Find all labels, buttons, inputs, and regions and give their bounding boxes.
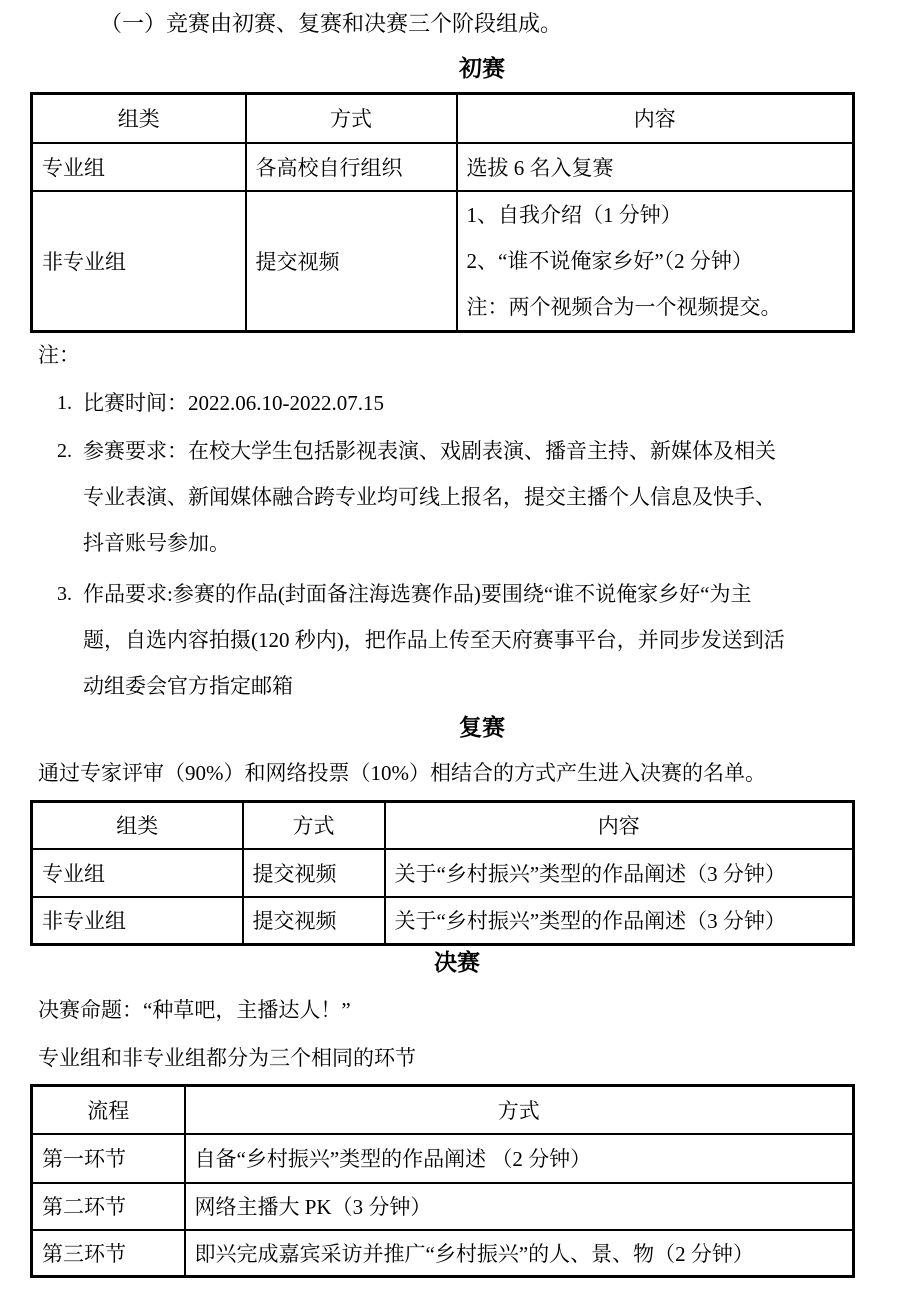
header-cell-group: 组类 bbox=[32, 802, 243, 849]
cell-method: 网络主播大 PK（3 分钟） bbox=[185, 1183, 854, 1230]
table-row: 非专业组 提交视频 1、自我介绍（1 分钟） 2、“谁不说俺家乡好”（2 分钟）… bbox=[32, 191, 854, 332]
header-cell-content: 内容 bbox=[385, 802, 854, 849]
cell-group: 专业组 bbox=[32, 143, 246, 191]
header-cell-group: 组类 bbox=[32, 94, 246, 143]
cell-group: 非专业组 bbox=[32, 897, 243, 945]
preliminary-heading: 初赛 bbox=[42, 54, 922, 84]
note-number: 2. bbox=[57, 428, 83, 474]
note-text: 作品要求:参赛的作品(封面备注海选赛作品)要围绕“谁不说俺家乡好“为主 题，自选… bbox=[83, 571, 785, 709]
cell-content-lines: 1、自我介绍（1 分钟） 2、“谁不说俺家乡好”（2 分钟） 注：两个视频合为一… bbox=[467, 192, 849, 330]
final-topic: 决赛命题：“种草吧，主播达人！” bbox=[38, 998, 351, 1022]
final-heading: 决赛 bbox=[0, 948, 922, 978]
cell-method: 自备“乡村振兴”类型的作品阐述 （2 分钟） bbox=[185, 1134, 854, 1183]
cell-method: 提交视频 bbox=[243, 897, 385, 945]
header-cell-method: 方式 bbox=[243, 802, 385, 849]
document-page: { "document": { "intro": "（一）竞赛由初赛、复赛和决赛… bbox=[0, 0, 922, 1310]
note-line: 动组委会官方指定邮箱 bbox=[83, 663, 785, 709]
note-line: 专业表演、新闻媒体融合跨专业均可线上报名，提交主播个人信息及快手、 bbox=[83, 474, 776, 520]
cell-content: 选拔 6 名入复赛 bbox=[457, 143, 854, 191]
note-line: 题，自选内容拍摄(120 秒内)，把作品上传至天府赛事平台，并同步发送到活 bbox=[83, 617, 785, 663]
cell-content: 1、自我介绍（1 分钟） 2、“谁不说俺家乡好”（2 分钟） 注：两个视频合为一… bbox=[457, 191, 854, 332]
cell-stage: 第一环节 bbox=[32, 1134, 185, 1183]
note-item-3: 3. 作品要求:参赛的作品(封面备注海选赛作品)要围绕“谁不说俺家乡好“为主 题… bbox=[57, 571, 917, 709]
table-row: 专业组 提交视频 关于“乡村振兴”类型的作品阐述（3 分钟） bbox=[32, 849, 854, 897]
note-text: 比赛时间：2022.06.10-2022.07.15 bbox=[83, 380, 384, 426]
note-item-2: 2. 参赛要求：在校大学生包括影视表演、戏剧表演、播音主持、新媒体及相关 专业表… bbox=[57, 428, 917, 566]
cell-method: 各高校自行组织 bbox=[246, 143, 457, 191]
note-line: 比赛时间：2022.06.10-2022.07.15 bbox=[83, 380, 384, 426]
table-row: 专业组 各高校自行组织 选拔 6 名入复赛 bbox=[32, 143, 854, 191]
cell-content-line: 1、自我介绍（1 分钟） bbox=[467, 192, 849, 238]
table-row: 第二环节 网络主播大 PK（3 分钟） bbox=[32, 1183, 854, 1230]
cell-group: 专业组 bbox=[32, 849, 243, 897]
note-item-1: 1. 比赛时间：2022.06.10-2022.07.15 bbox=[57, 380, 917, 426]
intro-paragraph: （一）竞赛由初赛、复赛和决赛三个阶段组成。 bbox=[100, 9, 562, 39]
cell-content-line: 2、“谁不说俺家乡好”（2 分钟） bbox=[467, 238, 849, 284]
cell-content: 关于“乡村振兴”类型的作品阐述（3 分钟） bbox=[385, 897, 854, 945]
final-table: 流程 方式 第一环节 自备“乡村振兴”类型的作品阐述 （2 分钟） 第二环节 网… bbox=[30, 1084, 855, 1278]
cell-method: 即兴完成嘉宾采访并推广“乡村振兴”的人、景、物（2 分钟） bbox=[185, 1230, 854, 1277]
cell-stage: 第二环节 bbox=[32, 1183, 185, 1230]
cell-content: 关于“乡村振兴”类型的作品阐述（3 分钟） bbox=[385, 849, 854, 897]
cell-method: 提交视频 bbox=[246, 191, 457, 332]
cell-stage: 第三环节 bbox=[32, 1230, 185, 1277]
note-line: 抖音账号参加。 bbox=[83, 520, 776, 566]
table-header-row: 组类 方式 内容 bbox=[32, 94, 854, 143]
header-cell-method: 方式 bbox=[246, 94, 457, 143]
final-subtitle: 专业组和非专业组都分为三个相同的环节 bbox=[38, 1046, 416, 1070]
table-row: 第三环节 即兴完成嘉宾采访并推广“乡村振兴”的人、景、物（2 分钟） bbox=[32, 1230, 854, 1277]
note-line: 作品要求:参赛的作品(封面备注海选赛作品)要围绕“谁不说俺家乡好“为主 bbox=[83, 571, 785, 617]
table-header-row: 组类 方式 内容 bbox=[32, 802, 854, 849]
note-label: 注： bbox=[38, 344, 80, 366]
semifinal-heading: 复赛 bbox=[42, 713, 922, 743]
table-header-row: 流程 方式 bbox=[32, 1086, 854, 1134]
semifinal-table: 组类 方式 内容 专业组 提交视频 关于“乡村振兴”类型的作品阐述（3 分钟） … bbox=[30, 800, 855, 946]
preliminary-table: 组类 方式 内容 专业组 各高校自行组织 选拔 6 名入复赛 非专业组 提交视频… bbox=[30, 92, 855, 333]
table-row: 第一环节 自备“乡村振兴”类型的作品阐述 （2 分钟） bbox=[32, 1134, 854, 1183]
cell-content-line: 注：两个视频合为一个视频提交。 bbox=[467, 284, 849, 330]
table-row: 非专业组 提交视频 关于“乡村振兴”类型的作品阐述（3 分钟） bbox=[32, 897, 854, 945]
cell-group: 非专业组 bbox=[32, 191, 246, 332]
note-number: 1. bbox=[57, 380, 83, 426]
note-text: 参赛要求：在校大学生包括影视表演、戏剧表演、播音主持、新媒体及相关 专业表演、新… bbox=[83, 428, 776, 566]
header-cell-stage: 流程 bbox=[32, 1086, 185, 1134]
header-cell-content: 内容 bbox=[457, 94, 854, 143]
note-line: 参赛要求：在校大学生包括影视表演、戏剧表演、播音主持、新媒体及相关 bbox=[83, 428, 776, 474]
notes-list: 1. 比赛时间：2022.06.10-2022.07.15 2. 参赛要求：在校… bbox=[57, 380, 917, 709]
header-cell-method: 方式 bbox=[185, 1086, 854, 1134]
note-number: 3. bbox=[57, 571, 83, 617]
semifinal-description: 通过专家评审（90%）和网络投票（10%）相结合的方式产生进入决赛的名单。 bbox=[38, 761, 766, 785]
cell-method: 提交视频 bbox=[243, 849, 385, 897]
